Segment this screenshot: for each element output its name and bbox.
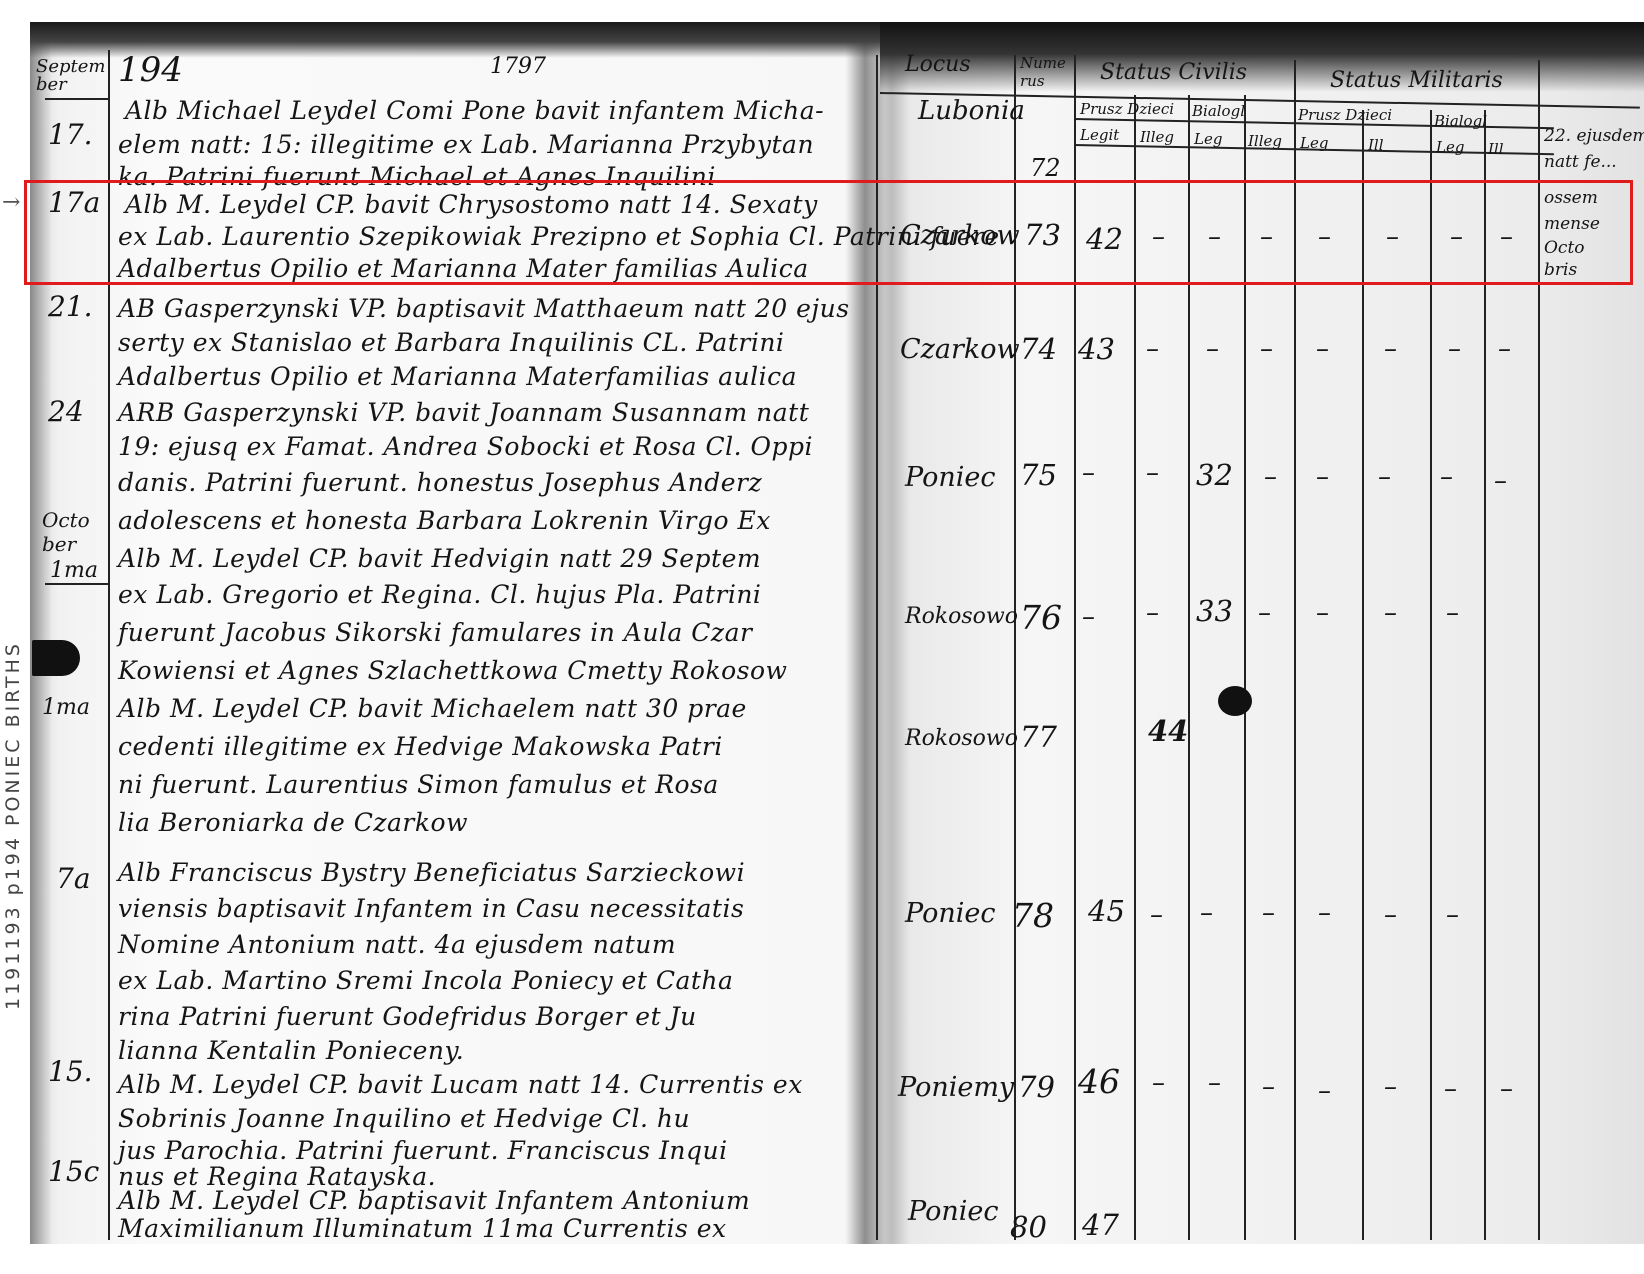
row-cell: – [1146,334,1159,364]
entry-text-line: Alb M. Leydel CP. bavit Lucam natt 14. C… [118,1070,803,1099]
row-cell: 44 [1148,714,1188,748]
row-locus: Poniec [905,462,995,493]
entry-date: 15. [48,1055,93,1088]
header-prusz-dzieci: Prusz Dzieci [1080,100,1174,118]
row-cell: – [1378,462,1391,492]
row-cell: – [1444,1074,1457,1104]
entry-text-line: jus Parochia. Patrini fuerunt. Franciscu… [118,1136,728,1165]
entry-text-line: Alb M. Leydel CP. baptisavit Infantem An… [118,1186,750,1215]
row-cell: – [1208,1068,1221,1098]
row-locus: Poniemy [898,1072,1014,1103]
row-cell: – [1494,466,1507,496]
row-cell: – [1316,462,1329,492]
top-edge-shadow-right [880,22,1644,92]
row-cell: 33 [1196,594,1233,628]
row-cell: – [1440,462,1453,492]
entry-text-line: ex Lab. Gregorio et Regina. Cl. hujus Pl… [118,580,761,609]
entry-text-line: serty ex Stanislao et Barbara Inquilinis… [118,328,784,357]
row-numerus: 78 [1012,896,1054,935]
month-label-september: Septem ber [36,58,96,94]
month-label-october: Octo ber [42,508,102,556]
header-leg: Leg [1300,134,1328,152]
row-cell: – [1384,334,1397,364]
row-numerus: 80 [1010,1210,1047,1244]
margin-note-line: natt fe... [1544,152,1617,172]
highlighted-entry-box [24,180,1633,285]
row-cell: 47 [1082,1208,1119,1242]
row-cell: – [1318,1076,1331,1106]
header-leg: Leg [1436,138,1464,156]
entry-text-line: Adalbertus Opilio et Marianna Materfamil… [118,362,797,391]
row-cell: – [1384,900,1397,930]
entry-text-line: ni fuerunt. Laurentius Simon famulus et … [118,770,719,799]
header-status-militaris: Status Militaris [1330,68,1503,93]
entry-text-line: Alb Franciscus Bystry Beneficiatus Sarzi… [118,858,745,887]
entry-date: 1ma [42,695,90,720]
header-prusz-dzieci-mil: Prusz Dzieci [1298,106,1392,124]
month-divider [45,583,110,585]
row-cell: 45 [1088,894,1125,928]
row-cell: – [1262,1072,1275,1102]
row-cell: – [1446,598,1459,628]
header-legit: Legit [1080,126,1119,144]
row-cell: – [1264,462,1277,492]
row-cell: – [1448,334,1461,364]
entry-text-line: danis. Patrini fuerunt. honestus Josephu… [118,468,762,497]
row-numerus: 72 [1030,154,1061,182]
row-cell: 46 [1078,1062,1120,1101]
entry-text-line: adolescens et honesta Barbara Lokrenin V… [118,506,771,535]
entry-text-line: Alb Michael Leydel Comi Pone bavit infan… [125,96,824,125]
entry-text-line: AB Gasperzynski VP. baptisavit Matthaeum… [118,294,850,323]
row-cell: – [1316,334,1329,364]
entry-text-line: lia Beroniarka de Czarkow [118,808,468,837]
row-locus: Poniec [905,898,995,929]
row-cell: – [1316,598,1329,628]
entry-date: 7a [56,862,91,895]
row-numerus: 77 [1020,720,1057,754]
year-heading: 1797 [490,54,546,79]
entry-date: 1ma [50,558,98,583]
entry-text-line: cedenti illegitime ex Hedvige Makowska P… [118,732,723,761]
row-cell: – [1146,458,1159,488]
row-cell: – [1500,1074,1513,1104]
month-divider [45,98,110,100]
header-status-civilis: Status Civilis [1100,60,1247,85]
header-bialogl-mil: Bialogl [1434,112,1487,130]
entry-date: 24 [48,395,84,428]
entry-text-line: Alb M. Leydel CP. bavit Michaelem natt 3… [118,694,747,723]
row-cell: – [1082,602,1095,632]
entry-text-line: ex Lab. Martino Sremi Incola Poniecy et … [118,966,733,995]
row-cell: – [1150,900,1163,930]
header-leg: Leg [1194,130,1222,148]
entry-text-line: Maximilianum Illuminatum 11ma Currentis … [118,1214,727,1243]
row-locus: Rokosowo [905,726,1018,751]
entry-date: 15c [48,1155,99,1188]
entry-text-line: lianna Kentalin Ponieceny. [118,1036,464,1065]
archive-margin-note: 1191193 p194 PONIEC BIRTHS [2,641,24,1010]
margin-note-line: 22. ejusdem [1544,126,1644,146]
page-number: 194 [118,50,183,90]
header-bialogl: Bialogl [1192,102,1245,120]
row-cell: – [1206,334,1219,364]
row-cell: – [1262,898,1275,928]
row-cell: – [1318,898,1331,928]
header-ill: Ill [1488,140,1504,158]
header-locus-sub: Lubonia [918,96,1025,126]
entry-date: 17. [48,118,93,151]
row-numerus: 74 [1020,332,1057,366]
row-locus: Poniec [908,1196,998,1227]
entry-text-line: Sobrinis Joanne Inquilino et Hedvige Cl.… [118,1104,690,1133]
entry-text-line: elem natt: 15: illegitime ex Lab. Marian… [118,130,814,159]
row-locus: Rokosowo [905,604,1018,629]
row-cell: – [1082,458,1095,488]
row-cell: – [1258,598,1271,628]
row-cell: 43 [1078,332,1115,366]
entry-text-line: viensis baptisavit Infantem in Casu nece… [118,894,744,923]
row-cell: – [1384,598,1397,628]
header-ill: Ill [1368,136,1384,154]
entry-text-line: Alb M. Leydel CP. bavit Hedvigin natt 29… [118,544,761,573]
entry-text-line: rina Patrini fuerunt Godefridus Borger e… [118,1002,697,1031]
row-locus: Czarkow [900,334,1020,365]
pointer-arrow-icon: → [2,190,20,215]
row-cell: – [1200,898,1213,928]
entry-text-line: fuerunt Jacobus Sikorski famulares in Au… [118,618,752,647]
row-cell: – [1384,1072,1397,1102]
header-illeg: Illeg [1140,128,1174,146]
ink-blot [1218,686,1252,716]
row-numerus: 76 [1020,598,1062,637]
row-cell: – [1152,1068,1165,1098]
header-illeg: Illeg [1248,132,1282,150]
entry-date: 21. [48,290,93,323]
entry-text-line: Nomine Antonium natt. 4a ejusdem natum [118,930,676,959]
ink-blot [32,640,80,676]
row-cell: – [1146,598,1159,628]
entry-text-line: 19: ejusq ex Famat. Andrea Sobocki et Ro… [118,432,813,461]
entry-text-line: Kowiensi et Agnes Szlachettkowa Cmetty R… [118,656,787,685]
row-cell: 32 [1196,458,1233,492]
row-cell: – [1260,334,1273,364]
header-numerus: Nume rus [1020,54,1070,90]
row-numerus: 79 [1018,1070,1055,1104]
header-locus: Locus [905,52,971,77]
row-cell: – [1498,334,1511,364]
entry-text-line: ARB Gasperzynski VP. bavit Joannam Susan… [118,398,809,427]
row-cell: – [1446,900,1459,930]
row-numerus: 75 [1020,458,1057,492]
